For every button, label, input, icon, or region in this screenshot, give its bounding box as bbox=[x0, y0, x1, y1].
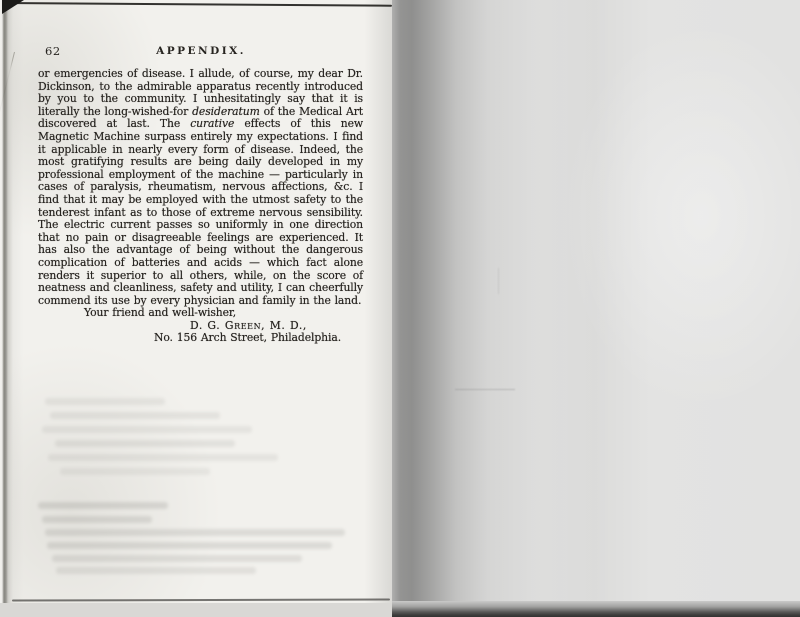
left-page-binding-edge bbox=[0, 0, 13, 603]
bleed-through-line bbox=[50, 412, 220, 419]
right-page-sheen bbox=[470, 0, 800, 617]
bleed-through-line bbox=[48, 454, 278, 461]
bleed-through-line bbox=[45, 398, 165, 405]
bleed-through-line bbox=[52, 555, 302, 562]
scan-scratch bbox=[498, 268, 499, 294]
page-header: 62 APPENDIX. bbox=[38, 44, 364, 60]
bleed-through-line bbox=[60, 468, 210, 475]
bleed-through-line bbox=[56, 567, 256, 574]
bleed-through-line bbox=[42, 426, 252, 433]
letter-body: or emergencies of disease. I allude, of … bbox=[38, 68, 363, 307]
bleed-through-line bbox=[42, 516, 152, 523]
scanned-book-spread: 62 APPENDIX. or emergencies of disease. … bbox=[0, 0, 800, 617]
bleed-through-line bbox=[55, 440, 235, 447]
bleed-through-line bbox=[47, 542, 332, 549]
letter-closing: Your friend and well-wisher, bbox=[38, 307, 363, 320]
letter-address: No. 156 Arch Street, Philadelphia. bbox=[154, 332, 363, 345]
left-page: 62 APPENDIX. or emergencies of disease. … bbox=[0, 0, 392, 603]
left-page-under-strip bbox=[0, 603, 392, 617]
book-bottom-edge bbox=[388, 601, 800, 617]
letter-text: or emergencies of disease. I allude, of … bbox=[38, 68, 363, 345]
scan-scratch bbox=[455, 389, 515, 390]
bleed-through-line bbox=[45, 529, 345, 536]
running-head: APPENDIX. bbox=[38, 45, 364, 57]
bleed-through-line bbox=[38, 502, 168, 509]
